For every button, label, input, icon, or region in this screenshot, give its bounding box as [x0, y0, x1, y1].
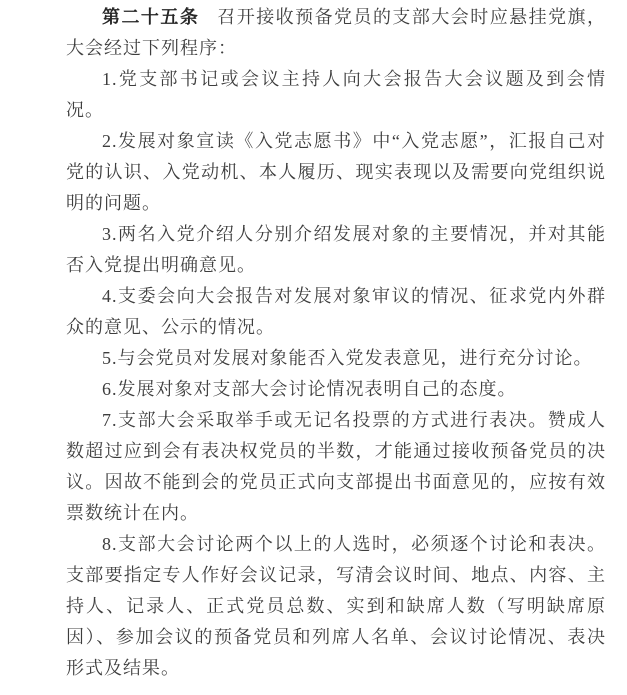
- list-item-4: 4.支委会向大会报告对发展对象审议的情况、征求党内外群众的意见、公示的情况。: [66, 281, 606, 343]
- article-heading-paragraph: 第二十五条召开接收预备党员的支部大会时应悬挂党旗，大会经过下列程序：: [66, 2, 606, 64]
- document-page: 第二十五条召开接收预备党员的支部大会时应悬挂党旗，大会经过下列程序： 1.党支部…: [0, 0, 627, 695]
- list-item-7: 7.支部大会采取举手或无记名投票的方式进行表决。赞成人数超过应到会有表决权党员的…: [66, 405, 606, 529]
- list-item-3: 3.两名入党介绍人分别介绍发展对象的主要情况，并对其能否入党提出明确意见。: [66, 219, 606, 281]
- article-number: 第二十五条: [102, 7, 199, 27]
- list-item-5: 5.与会党员对发展对象能否入党发表意见，进行充分讨论。: [66, 343, 606, 374]
- list-item-8: 8.支部大会讨论两个以上的人选时，必须逐个讨论和表决。支部要指定专人作好会议记录…: [66, 529, 606, 684]
- list-item-2: 2.发展对象宣读《入党志愿书》中“入党志愿”，汇报自己对党的认识、入党动机、本人…: [66, 126, 606, 219]
- list-item-1: 1.党支部书记或会议主持人向大会报告大会议题及到会情况。: [66, 64, 606, 126]
- list-item-6: 6.发展对象对支部大会讨论情况表明自己的态度。: [66, 374, 606, 405]
